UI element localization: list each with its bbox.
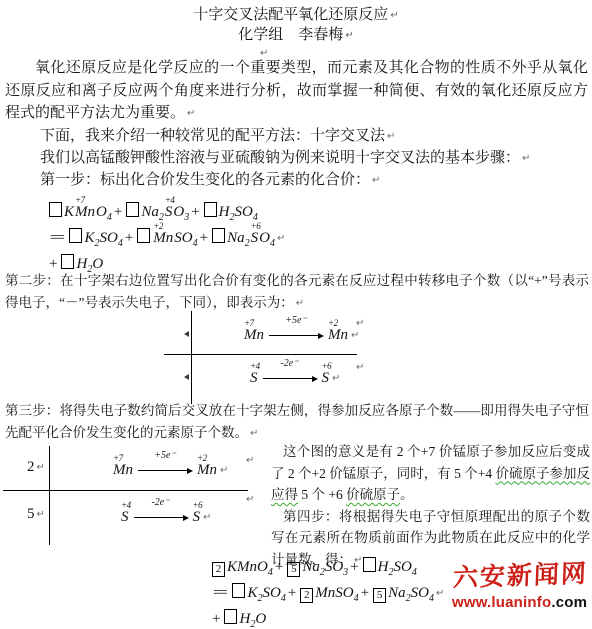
watermark-logo: 六安新闻网 <box>452 554 588 595</box>
plus-operator: + <box>288 585 296 601</box>
step2-paragraph: 第二步：在十字架右边位置写出化合价有变化的各元素在反应过程中转移电子个数（以“+… <box>5 270 589 315</box>
paragraph-mark: ↵ <box>37 462 45 473</box>
formula-text: H <box>239 611 250 627</box>
watermark-site-name: 六安新闻网 <box>452 561 588 593</box>
element-with-oxidation: +2Mn <box>328 327 348 344</box>
meaning-paragraph: 这个图的意义是有 2 个+7 价锰原子参加反应后变成了 2 个+2 价锰原子，同… <box>271 441 590 506</box>
element-symbol: S <box>193 509 201 525</box>
element-symbol: Mn <box>328 327 348 343</box>
formula-subscript: 4 <box>270 238 275 249</box>
cross2-coefficient-2: 2↵ <box>27 459 45 476</box>
coefficient-value: 2 <box>27 459 35 475</box>
element-symbol: Mn <box>197 462 217 478</box>
anchor-marker-icon <box>184 374 189 380</box>
plus-operator: + <box>212 611 220 627</box>
equation-block-1: K+7MnO4+Na2+4SO3+H2SO4 =K2SO4++2MnSO4+Na… <box>47 196 285 274</box>
cross2-s-row: +4S-2e⁻+6S↵ <box>120 509 211 526</box>
formula-text: SO <box>235 204 253 220</box>
equation1-line2: =K2SO4++2MnSO4+Na2+6SO4↵ <box>47 222 285 248</box>
element-symbol: S <box>322 370 330 386</box>
formula-text: SO <box>393 559 411 575</box>
coefficient-box <box>212 228 225 243</box>
paragraph-mark: ↵ <box>436 588 444 599</box>
equation2-line3: +H2O <box>210 603 444 629</box>
formula-text: SO <box>325 559 343 575</box>
anchor-marker-icon <box>184 331 189 337</box>
paragraph-mark: ↵ <box>296 298 304 309</box>
formula-subscript: 2 <box>245 238 250 249</box>
plus-operator: + <box>114 204 122 220</box>
element-with-oxidation: +7Mn <box>113 462 133 479</box>
coefficient-box <box>69 228 82 243</box>
element-with-oxidation: +7Mn <box>244 327 264 344</box>
step3-text: 第三步：将得失电子数约简后交叉放在十字架左侧，得参加反应各原子个数——即用得失电… <box>5 403 589 440</box>
oxidation-state: +6 <box>322 362 332 371</box>
cross1-s-row: +4S-2e⁻+6S↵ <box>249 370 340 387</box>
oxidation-state: +6 <box>193 501 203 510</box>
cross2-vertical-line <box>49 446 50 545</box>
electron-transfer-arrow: +5e⁻ <box>269 329 323 339</box>
plus-operator: + <box>125 230 133 246</box>
coefficient-box <box>61 254 74 269</box>
formula-text: SO <box>411 585 429 601</box>
formula-text: H <box>219 204 230 220</box>
arrow-shaft <box>269 335 319 336</box>
coefficient-box <box>137 228 150 243</box>
coefficient-box <box>204 202 217 217</box>
coefficient-box: 2 <box>212 562 225 577</box>
element-symbol: Mn <box>244 327 264 343</box>
formula-text: SO <box>262 585 280 601</box>
oxidation-state: +4 <box>250 362 260 371</box>
electron-count-label: +5e⁻ <box>154 450 175 461</box>
element-symbol: Mn <box>153 230 173 246</box>
electron-count-label: -2e⁻ <box>280 358 298 369</box>
paragraph-mark: ↵ <box>246 494 254 505</box>
byline: 化学组 李春梅↵ <box>0 24 592 48</box>
margin-mark: ↵ <box>244 490 254 508</box>
margin-mark: ↵ <box>354 358 364 376</box>
formula-text: MnSO <box>315 585 353 601</box>
equation-block-2: 2KMnO4+5Na2SO3+H2SO4 =K2SO4+2MnSO4+5Na2S… <box>210 551 444 629</box>
formula-subscript: 4 <box>107 212 112 223</box>
oxidation-state: +4 <box>121 501 131 510</box>
example-line: 我们以高锰酸钾酸性溶液与亚硫酸钠为例来说明十字交叉法的基本步骤：↵ <box>40 147 530 171</box>
cross1-vertical-line <box>191 311 192 404</box>
coefficient-value: 5 <box>27 506 35 522</box>
plus-operator: + <box>275 559 283 575</box>
watermark-url-main: www.luaninfo <box>452 594 551 611</box>
coefficient-box: 5 <box>287 562 300 577</box>
equals-operator: = <box>49 230 65 247</box>
formula-text: H <box>378 559 389 575</box>
paragraph-mark: ↵ <box>187 108 195 119</box>
electron-transfer-arrow: +5e⁻ <box>138 464 192 474</box>
cross2-coefficient-5: 5↵ <box>27 506 45 523</box>
formula-text: K <box>247 585 257 601</box>
formula-text: SO <box>174 230 192 246</box>
element-symbol: Mn <box>113 462 133 478</box>
formula-subscript: 4 <box>412 567 417 578</box>
plus-operator: + <box>191 204 199 220</box>
formula-text: SO <box>99 230 117 246</box>
formula-text: O <box>259 230 270 246</box>
coefficient-box <box>126 202 139 217</box>
paragraph-mark: ↵ <box>250 428 258 439</box>
paragraph-mark: ↵ <box>356 362 364 373</box>
oxidation-state: +7 <box>75 196 85 205</box>
paragraph-mark: ↵ <box>356 318 364 329</box>
oxidation-state: +6 <box>251 222 261 231</box>
oxidation-state: +2 <box>328 319 338 328</box>
element-with-oxidation: +4S <box>121 509 129 526</box>
paragraph-mark: ↵ <box>387 131 395 142</box>
formula-subscript: 4 <box>193 238 198 249</box>
element-with-oxidation: +4S <box>165 204 173 221</box>
equals-operator: = <box>212 585 228 602</box>
arrow-shaft <box>263 378 313 379</box>
method-line: 下面，我来介绍一种较常见的配平方法：十字交叉法↵ <box>40 125 395 149</box>
cross1-horizontal-line <box>164 354 357 355</box>
element-with-oxidation: +7Mn <box>75 204 95 221</box>
formula-subscript: 4 <box>281 593 286 604</box>
element-with-oxidation: +2Mn <box>197 462 217 479</box>
formula-subscript: 3 <box>184 212 189 223</box>
element-symbol: S <box>251 230 259 246</box>
formula-text: K <box>64 204 74 220</box>
text-segment: 。 <box>400 487 414 502</box>
text-segment: 价硫原子 <box>346 487 400 502</box>
coefficient-box <box>363 557 376 572</box>
plus-operator: + <box>361 585 369 601</box>
oxidation-state: +7 <box>113 454 123 463</box>
formula-subscript: 3 <box>343 567 348 578</box>
oxidation-state: +2 <box>153 222 163 231</box>
margin-mark: ↵ <box>354 314 364 332</box>
element-symbol: Mn <box>75 204 95 220</box>
paragraph-mark: ↵ <box>203 512 211 523</box>
paragraph-mark: ↵ <box>390 10 398 21</box>
paragraph-mark: ↵ <box>246 455 254 466</box>
formula-subscript: 4 <box>118 238 123 249</box>
arrow-head-icon <box>187 468 193 474</box>
arrow-head-icon <box>312 376 318 382</box>
element-with-oxidation: +4S <box>250 370 258 387</box>
electron-count-label: +5e⁻ <box>285 315 306 326</box>
paragraph-mark: ↵ <box>277 233 285 244</box>
text-segment: 5 个 +6 <box>298 487 346 502</box>
formula-text: K <box>84 230 94 246</box>
equation1-line1: K+7MnO4+Na2+4SO3+H2SO4 <box>47 196 285 222</box>
arrow-head-icon <box>183 515 189 521</box>
oxidation-state: +4 <box>165 196 175 205</box>
document-page: 十字交叉法配平氧化还原反应↵ 化学组 李春梅↵ ↵ 氧化还原反应是化学反应的一个… <box>0 0 592 629</box>
formula-subscript: 4 <box>354 593 359 604</box>
coefficient-box <box>224 609 237 624</box>
cross2-horizontal-line <box>3 490 248 491</box>
oxidation-state: +2 <box>197 454 207 463</box>
plus-operator: + <box>200 230 208 246</box>
cross2-mn-row: +7Mn+5e⁻+2Mn↵ <box>112 462 228 479</box>
cross1-mn-row: +7Mn+5e⁻+2Mn↵ <box>243 327 359 344</box>
equation2-line2: =K2SO4+2MnSO4+5Na2SO4↵ <box>210 577 444 603</box>
arrow-shaft <box>134 517 184 518</box>
equation2-line1: 2KMnO4+5Na2SO3+H2SO4 <box>210 551 444 577</box>
element-with-oxidation: +6S <box>322 370 330 387</box>
paragraph-mark: ↵ <box>37 509 45 520</box>
element-with-oxidation: +2Mn <box>153 230 173 247</box>
oxidation-state: +7 <box>244 319 254 328</box>
element-with-oxidation: +6S <box>251 230 259 247</box>
coefficient-box <box>49 202 62 217</box>
byline-text: 化学组 李春梅 <box>238 27 343 43</box>
step3-paragraph: 第三步：将得失电子数约简后交叉放在十字架左侧，得参加反应各原子个数——即用得失电… <box>5 400 589 445</box>
plus-operator: + <box>350 559 358 575</box>
formula-text: O <box>173 204 184 220</box>
intro-paragraph: 氧化还原反应是化学反应的一个重要类型，而元素及其化合物的性质不外乎从氧化还原反应… <box>5 57 588 126</box>
coefficient-box: 2 <box>300 588 313 603</box>
element-with-oxidation: +6S <box>193 509 201 526</box>
paragraph-mark: ↵ <box>522 153 530 164</box>
coefficient-box: 5 <box>373 588 386 603</box>
formula-subscript: 4 <box>268 567 273 578</box>
watermark-url-suffix: .com <box>551 594 587 611</box>
watermark-url: www.luaninfo.com <box>452 594 587 611</box>
formula-text: O <box>96 204 107 220</box>
step1-line: 第一步：标出化合价发生变化的各元素的化合价：↵ <box>40 169 380 193</box>
formula-text: Na <box>227 230 245 246</box>
electron-transfer-arrow: -2e⁻ <box>263 372 317 382</box>
arrow-head-icon <box>318 333 324 339</box>
formula-text: Na <box>302 559 320 575</box>
formula-text: KMnO <box>227 559 268 575</box>
coefficient-box <box>232 583 245 598</box>
step1-text: 第一步：标出化合价发生变化的各元素的化合价： <box>40 172 370 188</box>
paragraph-mark: ↵ <box>372 175 380 186</box>
paragraph-mark: ↵ <box>332 373 340 384</box>
title-text: 十字交叉法配平氧化还原反应 <box>193 7 388 23</box>
margin-mark: ↵ <box>244 451 254 469</box>
electron-transfer-arrow: -2e⁻ <box>134 511 188 521</box>
example-text: 我们以高锰酸钾酸性溶液与亚硫酸钠为例来说明十字交叉法的基本步骤： <box>40 150 520 166</box>
element-symbol: S <box>250 370 258 386</box>
intro-text: 氧化还原反应是化学反应的一个重要类型，而元素及其化合物的性质不外乎从氧化还原反应… <box>5 60 588 121</box>
formula-text: Na <box>141 204 159 220</box>
formula-text: Na <box>388 585 406 601</box>
paragraph-mark: ↵ <box>220 465 228 476</box>
paragraph-mark: ↵ <box>345 30 353 41</box>
method-text: 下面，我来介绍一种较常见的配平方法：十字交叉法 <box>40 128 385 144</box>
arrow-shaft <box>138 470 188 471</box>
element-symbol: S <box>121 509 129 525</box>
formula-subscript: 4 <box>429 593 434 604</box>
formula-text: O <box>255 611 266 627</box>
element-symbol: S <box>165 204 173 220</box>
electron-count-label: -2e⁻ <box>151 497 169 508</box>
